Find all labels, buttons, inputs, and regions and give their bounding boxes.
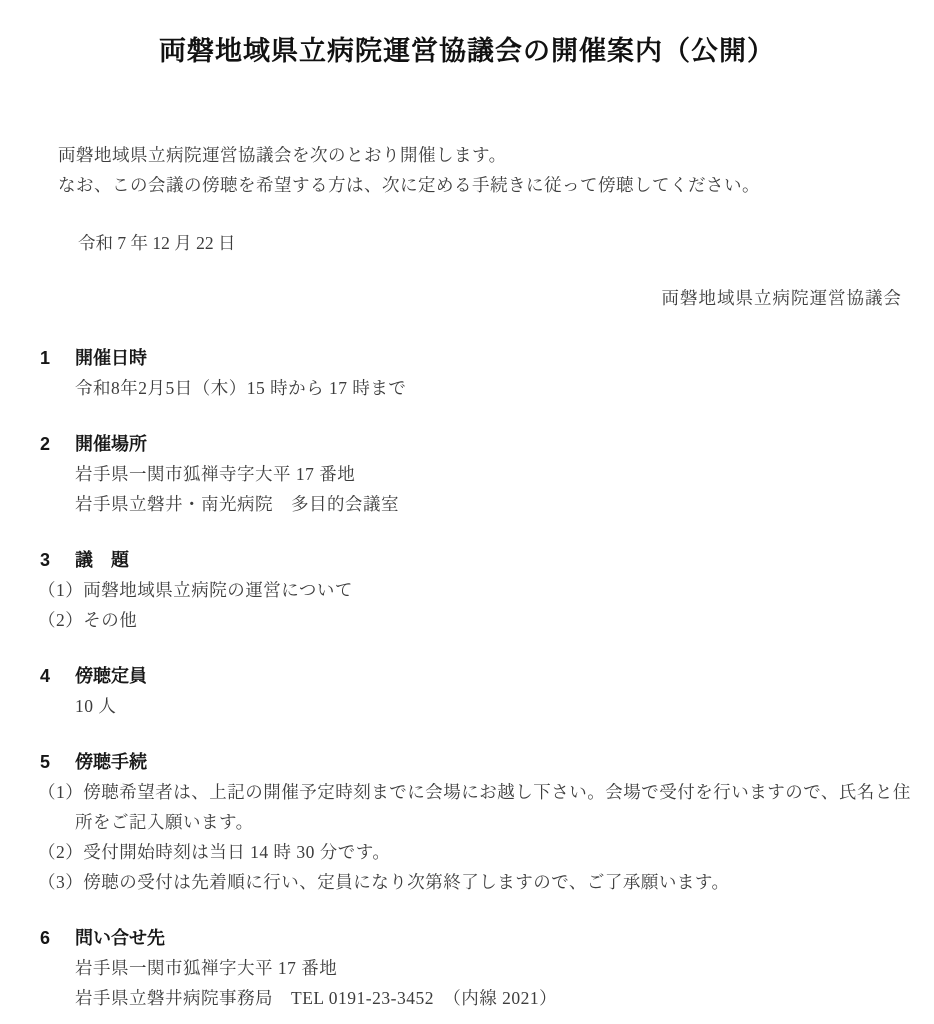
document-title: 両磐地域県立病院運営協議会の開催案内（公開） xyxy=(0,34,934,68)
procedure-item: （1）傍聴希望者は、上記の開催予定時刻までに会場にお越し下さい。会場で受付を行い… xyxy=(75,777,920,837)
section-observer-capacity: 4傍聴定員 10 人 xyxy=(0,661,934,721)
section-heading-label: 開催場所 xyxy=(75,434,147,454)
section-meeting-place: 2開催場所 岩手県一関市狐禅寺字大平 17 番地 岩手県立磐井・南光病院 多目的… xyxy=(0,429,934,519)
section-number: 1 xyxy=(40,343,75,373)
intro-paragraph: 両磐地域県立病院運営協議会を次のとおり開催します。 なお、この会議の傍聴を希望す… xyxy=(58,140,914,200)
section-contact: 6問い合せ先 岩手県一関市狐禅字大平 17 番地 岩手県立磐井病院事務局 TEL… xyxy=(0,923,934,1013)
section-number: 6 xyxy=(40,923,75,953)
section-number: 3 xyxy=(40,545,75,575)
section-list: 1開催日時 令和8年2月5日（木）15 時から 17 時まで 2開催場所 岩手県… xyxy=(0,343,934,1013)
meeting-address: 岩手県一関市狐禅寺字大平 17 番地 xyxy=(75,459,934,489)
document-page: 両磐地域県立病院運営協議会の開催案内（公開） 両磐地域県立病院運営協議会を次のと… xyxy=(0,0,934,1024)
section-heading-label: 傍聴定員 xyxy=(75,666,147,686)
section-observer-procedure: 5傍聴手続 （1）傍聴希望者は、上記の開催予定時刻までに会場にお越し下さい。会場… xyxy=(0,747,934,897)
section-number: 2 xyxy=(40,429,75,459)
agenda-item: （1）両磐地域県立病院の運営について xyxy=(75,575,920,605)
section-number: 4 xyxy=(40,661,75,691)
meeting-venue: 岩手県立磐井・南光病院 多目的会議室 xyxy=(75,489,934,519)
section-heading: 1開催日時 xyxy=(40,343,934,373)
meeting-datetime: 令和8年2月5日（木）15 時から 17 時まで xyxy=(75,373,934,403)
observer-capacity-value: 10 人 xyxy=(75,691,934,721)
issue-date: 令和 7 年 12 月 22 日 xyxy=(78,228,934,258)
section-number: 5 xyxy=(40,747,75,777)
contact-address: 岩手県一関市狐禅字大平 17 番地 xyxy=(75,953,934,983)
section-heading-label: 議 題 xyxy=(75,550,129,570)
procedure-item: （3）傍聴の受付は先着順に行い、定員になり次第終了しますので、ご了承願います。 xyxy=(75,867,920,897)
issuer-name: 両磐地域県立病院運営協議会 xyxy=(0,283,902,313)
section-heading-label: 開催日時 xyxy=(75,348,147,368)
section-heading: 2開催場所 xyxy=(40,429,934,459)
section-heading-label: 傍聴手続 xyxy=(75,752,147,772)
intro-line: 両磐地域県立病院運営協議会を次のとおり開催します。 xyxy=(58,140,914,170)
section-heading: 6問い合せ先 xyxy=(40,923,934,953)
section-heading: 5傍聴手続 xyxy=(40,747,934,777)
section-agenda: 3議 題 （1）両磐地域県立病院の運営について （2）その他 xyxy=(0,545,934,635)
section-heading: 3議 題 xyxy=(40,545,934,575)
contact-phone: 岩手県立磐井病院事務局 TEL 0191-23-3452 （内線 2021） xyxy=(75,983,934,1013)
procedure-item: （2）受付開始時刻は当日 14 時 30 分です。 xyxy=(75,837,920,867)
agenda-item: （2）その他 xyxy=(75,605,920,635)
section-heading-label: 問い合せ先 xyxy=(75,928,165,948)
intro-line: なお、この会議の傍聴を希望する方は、次に定める手続きに従って傍聴してください。 xyxy=(58,170,914,200)
section-meeting-datetime: 1開催日時 令和8年2月5日（木）15 時から 17 時まで xyxy=(0,343,934,403)
section-heading: 4傍聴定員 xyxy=(40,661,934,691)
